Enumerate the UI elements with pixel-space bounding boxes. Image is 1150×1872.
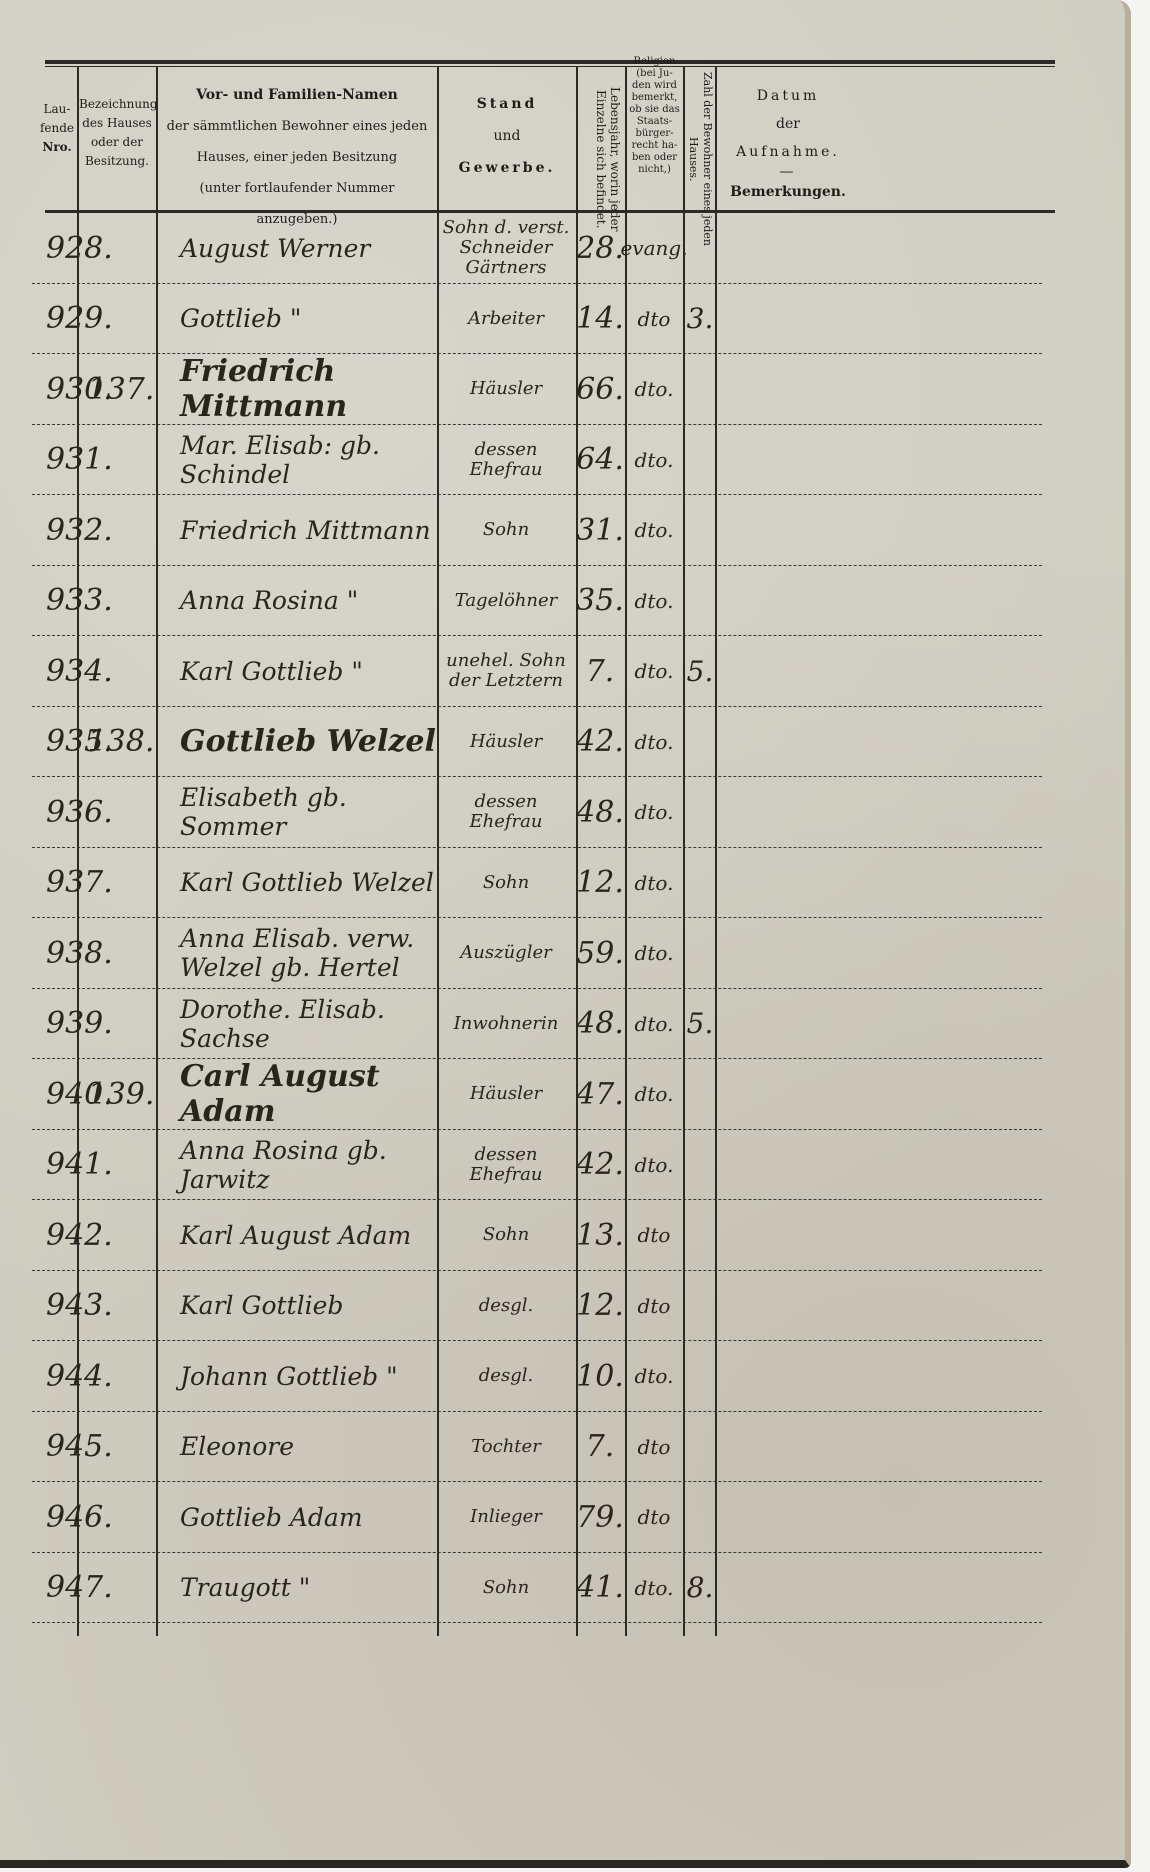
resident-name: Anna Rosina " bbox=[158, 566, 458, 637]
household-count: 5. bbox=[684, 636, 716, 707]
age: 31. bbox=[576, 495, 624, 566]
occupation: dessen Ehefrau bbox=[438, 425, 574, 496]
resident-name: Friedrich Mittmann bbox=[158, 354, 458, 425]
age: 66. bbox=[576, 354, 624, 425]
header-religion: Religion (bei Ju- den wird bemerkt, ob s… bbox=[627, 56, 682, 176]
resident-name: Johann Gottlieb " bbox=[158, 1341, 458, 1412]
religion: dto bbox=[626, 1412, 682, 1483]
table-row: 946.Gottlieb AdamInlieger79.dto bbox=[32, 1482, 1042, 1553]
household-count: 3. bbox=[684, 284, 716, 355]
resident-name: Karl Gottlieb bbox=[158, 1271, 458, 1342]
remarks bbox=[718, 1341, 858, 1412]
religion: dto. bbox=[626, 777, 682, 848]
occupation: desgl. bbox=[438, 1271, 574, 1342]
resident-name: Anna Rosina gb. Jarwitz bbox=[158, 1130, 458, 1201]
header-haus-line: oder der bbox=[79, 133, 155, 152]
occupation: Sohn d. verst. Schneider Gärtners bbox=[438, 213, 574, 284]
header-haus: Bezeichnung des Hauses oder der Besitzun… bbox=[79, 95, 155, 171]
header-haus-line: Bezeichnung bbox=[79, 95, 155, 114]
religion: dto. bbox=[626, 1059, 682, 1130]
house-number bbox=[80, 495, 162, 566]
table-row: 947.Traugott "Sohn41.dto.8. bbox=[32, 1553, 1042, 1624]
occupation: Tagelöhner bbox=[438, 566, 574, 637]
age: 47. bbox=[576, 1059, 624, 1130]
household-count: 8. bbox=[684, 1553, 716, 1624]
household-count bbox=[684, 354, 716, 425]
header-datum: Datum der Aufnahme. — Bemerkungen. bbox=[718, 82, 858, 206]
header-name-line: Hauses, einer jeden Besitzung bbox=[158, 142, 436, 173]
header-datum-title: Bemerkungen. bbox=[718, 178, 858, 206]
resident-name: Eleonore bbox=[158, 1412, 458, 1483]
header-stand: Stand und Gewerbe. bbox=[439, 88, 575, 184]
house-number bbox=[80, 1553, 162, 1624]
resident-name: Carl August Adam bbox=[158, 1059, 458, 1130]
household-count bbox=[684, 848, 716, 919]
header-name-line: der sämmtlichen Bewohner eines jeden bbox=[158, 111, 436, 142]
remarks bbox=[718, 1200, 858, 1271]
table-row: 933.Anna Rosina "Tagelöhner35.dto. bbox=[32, 566, 1042, 637]
occupation: Inwohnerin bbox=[438, 989, 574, 1060]
header-religion-line: (bei Ju- bbox=[627, 68, 682, 80]
age: 10. bbox=[576, 1341, 624, 1412]
religion: dto bbox=[626, 1482, 682, 1553]
age: 48. bbox=[576, 989, 624, 1060]
religion: dto. bbox=[626, 989, 682, 1060]
household-count bbox=[684, 1130, 716, 1201]
household-count: 5. bbox=[684, 989, 716, 1060]
age: 48. bbox=[576, 777, 624, 848]
remarks bbox=[718, 495, 858, 566]
age: 7. bbox=[576, 1412, 624, 1483]
resident-name: Friedrich Mittmann bbox=[158, 495, 458, 566]
age: 13. bbox=[576, 1200, 624, 1271]
header-religion-line: nicht,) bbox=[627, 164, 682, 176]
occupation: Auszügler bbox=[438, 918, 574, 989]
occupation: Häusler bbox=[438, 1059, 574, 1130]
table-row: 939.Dorothe. Elisab. SachseInwohnerin48.… bbox=[32, 989, 1042, 1060]
religion: dto bbox=[626, 284, 682, 355]
religion: dto. bbox=[626, 354, 682, 425]
header-religion-line: bemerkt, bbox=[627, 92, 682, 104]
remarks bbox=[718, 213, 858, 284]
household-count bbox=[684, 566, 716, 637]
house-number bbox=[80, 284, 162, 355]
header-nr-line: Lau- bbox=[38, 100, 76, 119]
resident-name: Elisabeth gb. Sommer bbox=[158, 777, 458, 848]
header-datum-line: Aufnahme. bbox=[718, 138, 858, 166]
header-religion-line: bürger- bbox=[627, 128, 682, 140]
age: 41. bbox=[576, 1553, 624, 1624]
table-row: 936.Elisabeth gb. Sommerdessen Ehefrau48… bbox=[32, 777, 1042, 848]
remarks bbox=[718, 636, 858, 707]
remarks bbox=[718, 918, 858, 989]
resident-name: Gottlieb " bbox=[158, 284, 458, 355]
household-count bbox=[684, 213, 716, 284]
religion: dto. bbox=[626, 425, 682, 496]
table-row: 935.138.Gottlieb WelzelHäusler42.dto. bbox=[32, 707, 1042, 778]
header-nr: Lau- fende Nro. bbox=[38, 100, 76, 157]
age: 7. bbox=[576, 636, 624, 707]
household-count bbox=[684, 1059, 716, 1130]
house-number bbox=[80, 636, 162, 707]
table-row: 942.Karl August AdamSohn13.dto bbox=[32, 1200, 1042, 1271]
religion: dto. bbox=[626, 918, 682, 989]
occupation: dessen Ehefrau bbox=[438, 1130, 574, 1201]
religion: dto. bbox=[626, 636, 682, 707]
religion: dto. bbox=[626, 566, 682, 637]
religion: dto bbox=[626, 1200, 682, 1271]
house-number bbox=[80, 213, 162, 284]
age: 42. bbox=[576, 707, 624, 778]
age: 64. bbox=[576, 425, 624, 496]
resident-name: Mar. Elisab: gb. Schindel bbox=[158, 425, 458, 496]
header-datum-line: der bbox=[718, 110, 858, 138]
header-nr-line: Nro. bbox=[38, 138, 76, 157]
age: 28. bbox=[576, 213, 624, 284]
household-count bbox=[684, 1200, 716, 1271]
resident-name: Dorothe. Elisab. Sachse bbox=[158, 989, 458, 1060]
table-row: 928.August WernerSohn d. verst. Schneide… bbox=[32, 213, 1042, 284]
occupation: desgl. bbox=[438, 1341, 574, 1412]
header-datum-line: — bbox=[718, 166, 858, 178]
top-rule bbox=[45, 60, 1055, 64]
table-row: 943.Karl Gottliebdesgl.12.dto bbox=[32, 1271, 1042, 1342]
religion: evang. bbox=[626, 213, 682, 284]
resident-name: Karl August Adam bbox=[158, 1200, 458, 1271]
household-count bbox=[684, 1271, 716, 1342]
religion: dto. bbox=[626, 707, 682, 778]
remarks bbox=[718, 1271, 858, 1342]
age: 35. bbox=[576, 566, 624, 637]
household-count bbox=[684, 1482, 716, 1553]
census-register-page: Lau- fende Nro. Bezeichnung des Hauses o… bbox=[0, 0, 1131, 1868]
religion: dto. bbox=[626, 1553, 682, 1624]
house-number bbox=[80, 1482, 162, 1553]
occupation: Tochter bbox=[438, 1412, 574, 1483]
resident-name: Gottlieb Welzel bbox=[158, 707, 458, 778]
table-row: 929.Gottlieb "Arbeiter14.dto3. bbox=[32, 284, 1042, 355]
resident-name: Karl Gottlieb " bbox=[158, 636, 458, 707]
table-row: 932.Friedrich MittmannSohn31.dto. bbox=[32, 495, 1042, 566]
religion: dto bbox=[626, 1271, 682, 1342]
table-row: 940.139.Carl August AdamHäusler47.dto. bbox=[32, 1059, 1042, 1130]
header-nr-line: fende bbox=[38, 119, 76, 138]
age: 12. bbox=[576, 1271, 624, 1342]
remarks bbox=[718, 425, 858, 496]
house-number bbox=[80, 777, 162, 848]
occupation: unehel. Sohn der Letztern bbox=[438, 636, 574, 707]
header-religion-line: den wird bbox=[627, 80, 682, 92]
resident-name: Traugott " bbox=[158, 1553, 458, 1624]
occupation: Sohn bbox=[438, 848, 574, 919]
household-count bbox=[684, 707, 716, 778]
occupation: Arbeiter bbox=[438, 284, 574, 355]
remarks bbox=[718, 707, 858, 778]
age: 14. bbox=[576, 284, 624, 355]
occupation: Häusler bbox=[438, 354, 574, 425]
house-number: 138. bbox=[80, 707, 162, 778]
header-stand-title: Stand bbox=[439, 88, 575, 120]
table-row: 938.Anna Elisab. verw. Welzel gb. Hertel… bbox=[32, 918, 1042, 989]
resident-name: Gottlieb Adam bbox=[158, 1482, 458, 1553]
house-number: 137. bbox=[80, 354, 162, 425]
remarks bbox=[718, 354, 858, 425]
household-count bbox=[684, 777, 716, 848]
household-count bbox=[684, 425, 716, 496]
remarks bbox=[718, 1482, 858, 1553]
remarks bbox=[718, 1553, 858, 1624]
header-stand-line: und bbox=[439, 120, 575, 152]
header-religion-line: ben oder bbox=[627, 152, 682, 164]
table-row: 934.Karl Gottlieb "unehel. Sohn der Letz… bbox=[32, 636, 1042, 707]
age: 42. bbox=[576, 1130, 624, 1201]
house-number bbox=[80, 1200, 162, 1271]
house-number bbox=[80, 989, 162, 1060]
house-number bbox=[80, 566, 162, 637]
household-count bbox=[684, 1341, 716, 1412]
household-count bbox=[684, 1412, 716, 1483]
occupation: Sohn bbox=[438, 1200, 574, 1271]
remarks bbox=[718, 1130, 858, 1201]
remarks bbox=[718, 777, 858, 848]
remarks bbox=[718, 848, 858, 919]
house-number: 139. bbox=[80, 1059, 162, 1130]
header-haus-line: Besitzung. bbox=[79, 152, 155, 171]
remarks bbox=[718, 284, 858, 355]
header-religion-line: ob sie das bbox=[627, 104, 682, 116]
table-row: 945.EleonoreTochter7.dto bbox=[32, 1412, 1042, 1483]
header-religion-line: recht ha- bbox=[627, 140, 682, 152]
table-row: 937.Karl Gottlieb WelzelSohn12.dto. bbox=[32, 848, 1042, 919]
remarks bbox=[718, 1059, 858, 1130]
header-name-title: Vor- und Familien-Namen bbox=[158, 80, 436, 111]
occupation: Sohn bbox=[438, 495, 574, 566]
occupation: Sohn bbox=[438, 1553, 574, 1624]
religion: dto. bbox=[626, 495, 682, 566]
religion: dto. bbox=[626, 1341, 682, 1412]
house-number bbox=[80, 1412, 162, 1483]
religion: dto. bbox=[626, 848, 682, 919]
occupation: dessen Ehefrau bbox=[438, 777, 574, 848]
age: 59. bbox=[576, 918, 624, 989]
household-count bbox=[684, 918, 716, 989]
house-number bbox=[80, 425, 162, 496]
age: 79. bbox=[576, 1482, 624, 1553]
header-haus-line: des Hauses bbox=[79, 114, 155, 133]
house-number bbox=[80, 1341, 162, 1412]
resident-name: August Werner bbox=[158, 213, 458, 284]
remarks bbox=[718, 1412, 858, 1483]
house-number bbox=[80, 918, 162, 989]
table-row: 944.Johann Gottlieb "desgl.10.dto. bbox=[32, 1341, 1042, 1412]
occupation: Häusler bbox=[438, 707, 574, 778]
resident-name: Anna Elisab. verw. Welzel gb. Hertel bbox=[158, 918, 458, 989]
house-number bbox=[80, 1271, 162, 1342]
top-rule-thin bbox=[45, 66, 1055, 67]
table-row: 941.Anna Rosina gb. Jarwitzdessen Ehefra… bbox=[32, 1130, 1042, 1201]
remarks bbox=[718, 566, 858, 637]
row-divider bbox=[32, 1622, 1042, 1623]
house-number bbox=[80, 1130, 162, 1201]
occupation: Inlieger bbox=[438, 1482, 574, 1553]
table-row: 931.Mar. Elisab: gb. Schindeldessen Ehef… bbox=[32, 425, 1042, 496]
remarks bbox=[718, 989, 858, 1060]
religion: dto. bbox=[626, 1130, 682, 1201]
header-religion-line: Religion bbox=[627, 56, 682, 68]
header-religion-line: Staats- bbox=[627, 116, 682, 128]
header-stand-title: Gewerbe. bbox=[439, 152, 575, 184]
house-number bbox=[80, 848, 162, 919]
household-count bbox=[684, 495, 716, 566]
age: 12. bbox=[576, 848, 624, 919]
resident-name: Karl Gottlieb Welzel bbox=[158, 848, 458, 919]
header-datum-line: Datum bbox=[718, 82, 858, 110]
table-row: 930.137.Friedrich MittmannHäusler66.dto. bbox=[32, 354, 1042, 425]
